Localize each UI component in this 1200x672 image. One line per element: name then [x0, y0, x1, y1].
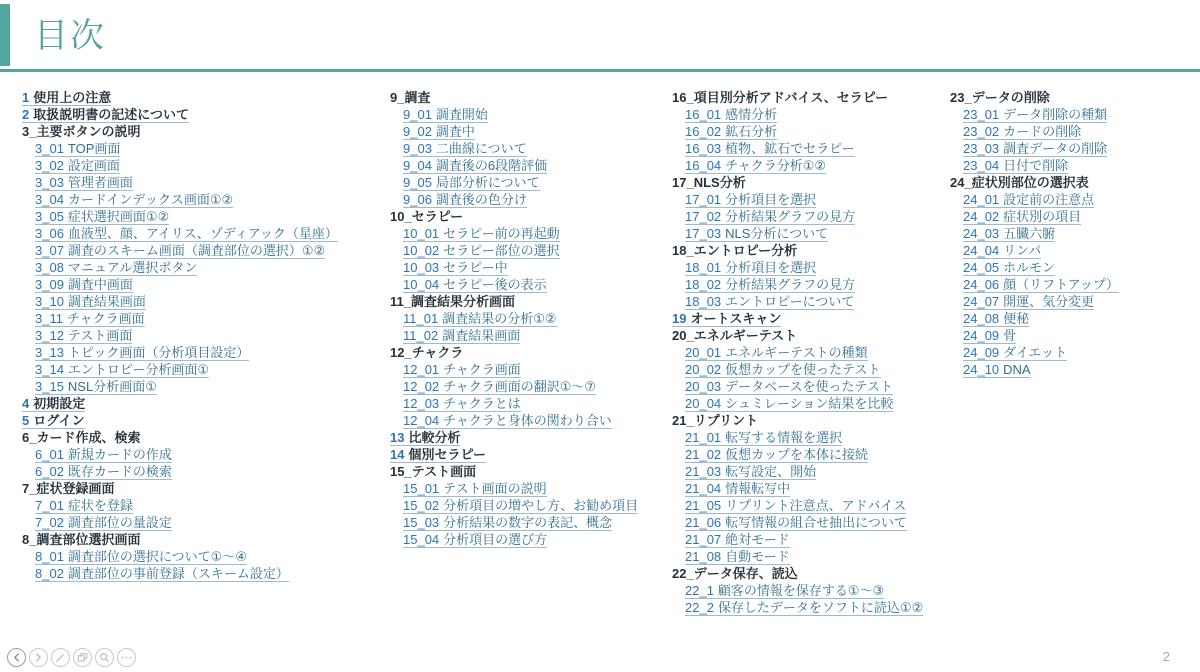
toc-item-label: 16_02鉱石分析 [685, 124, 777, 140]
toc-item-text: チャクラとは [443, 396, 521, 411]
toc-item-number: 24_06 [963, 277, 999, 292]
toc-item-label: 24_03五臓六腑 [963, 226, 1055, 242]
toc-item-label: 12_チャクラ [390, 345, 463, 360]
toc-item-number: 6_ [22, 430, 36, 445]
toc-link[interactable]: 2取扱説明書の記述について [22, 106, 382, 123]
toc-link[interactable]: 15_03分析結果の数字の表記、概念 [390, 514, 668, 531]
toc-item-label: 3_09調査中画面 [35, 277, 133, 293]
toc-link[interactable]: 11_01調査結果の分析①② [390, 310, 668, 327]
toc-item-label: 3_14エントロピー分析画面① [35, 362, 209, 378]
toc-item-text: セラピー中 [443, 260, 507, 275]
toc-item-number: 24_03 [963, 226, 999, 241]
toc-item-label: 20_03データベースを使ったテスト [685, 379, 893, 395]
toc-item-number: 5 [22, 413, 29, 428]
toc-link[interactable]: 3_05症状選択画面①② [22, 208, 382, 225]
toc-item-label: 22_2保存したデータをソフトに読込①② [685, 600, 923, 616]
toc-content: 1使用上の注意2取扱説明書の記述について3_主要ボタンの説明3_01TOP画面3… [0, 89, 1200, 629]
toc-link[interactable]: 16_02鉱石分析 [672, 123, 946, 140]
toc-item-label: 21_01転写する情報を選択 [685, 430, 842, 446]
toc-item-label: 9_03二曲線について [403, 141, 527, 157]
toc-item-label: 3_03管理者画面 [35, 175, 133, 191]
toc-item-label: 15_02分析項目の増やし方、お勧め項目 [403, 498, 638, 514]
toc-item-number: 23_04 [963, 158, 999, 173]
toc-item-label: 24_04リンパ [963, 243, 1041, 259]
toc-item-label: 23_04日付で削除 [963, 158, 1068, 174]
toc-link[interactable]: 17_02分析結果グラフの見方 [672, 208, 946, 225]
toc-item-text: チャクラ画面の翻訳①～⑦ [443, 379, 596, 394]
toc-item-label: 7_01症状を登録 [35, 498, 133, 514]
toc-item-number: 13 [390, 430, 404, 445]
toc-link[interactable]: 10_02セラピー部位の選択 [390, 242, 668, 259]
toc-item-text: チャクラと身体の関わり合い [443, 413, 612, 428]
toc-item-text: 植物、鉱石でセラピー [725, 141, 854, 156]
toc-item-number: 17_ [672, 175, 694, 190]
toc-item-text: 情報転写中 [725, 481, 790, 496]
toc-item-label: 3_07調査のスキーム画面（調査部位の選択）①② [35, 243, 325, 259]
toc-link[interactable]: 24_02症状別の項目 [950, 208, 1195, 225]
toc-item-number: 16_01 [685, 107, 721, 122]
toc-link[interactable]: 4初期設定 [22, 395, 382, 412]
toc-item-text: 調査開始 [436, 107, 488, 122]
toc-link[interactable]: 16_04チャクラ分析①② [672, 157, 946, 174]
toc-section-header: 6_カード作成、検索 [22, 429, 382, 446]
toc-link[interactable]: 6_01新規カードの作成 [22, 446, 382, 463]
toc-item-label: 18_01分析項目を選択 [685, 260, 816, 276]
toc-link[interactable]: 24_08便秘 [950, 310, 1195, 327]
toc-item-text: 設定画面 [68, 158, 120, 173]
toc-item-label: 10_セラピー [390, 209, 463, 224]
toc-item-text: チャクラ画面 [67, 311, 145, 326]
toc-item-label: 11_01調査結果の分析①② [403, 311, 557, 327]
toc-item-number: 11_01 [403, 311, 438, 326]
toc-section-header: 23_データの削除 [950, 89, 1195, 106]
toc-item-number: 18_01 [685, 260, 721, 275]
toc-link[interactable]: 24_09骨 [950, 327, 1195, 344]
toc-item-number: 15_ [390, 464, 412, 479]
toc-item-number: 17_03 [685, 226, 721, 241]
toc-item-number: 22_ [672, 566, 694, 581]
toc-item-text: エネルギーテスト [694, 328, 797, 343]
toc-link[interactable]: 5ログイン [22, 412, 382, 429]
toc-link[interactable]: 3_11チャクラ画面 [22, 310, 382, 327]
toc-link[interactable]: 9_06調査後の色分け [390, 191, 668, 208]
toc-link[interactable]: 24_07開運、気分変更 [950, 293, 1195, 310]
toc-item-number: 23_01 [963, 107, 999, 122]
toc-item-text: 開運、気分変更 [1003, 294, 1094, 309]
toc-item-label: 24_08便秘 [963, 311, 1029, 327]
toc-link[interactable]: 12_03チャクラとは [390, 395, 668, 412]
toc-section-header: 3_主要ボタンの説明 [22, 123, 382, 140]
zoom-slide-button[interactable] [95, 648, 114, 667]
toc-item-number: 6_01 [35, 447, 64, 462]
toc-item-label: 24_09骨 [963, 328, 1016, 344]
toc-item-label: 21_06転写情報の組合せ抽出について [685, 515, 907, 531]
toc-section-header: 11_調査結果分析画面 [390, 293, 668, 310]
toc-section-header: 12_チャクラ [390, 344, 668, 361]
toc-item-label: 3_01TOP画面 [35, 141, 120, 157]
toc-item-label: 6_カード作成、検索 [22, 430, 140, 445]
toc-item-label: 22_1顧客の情報を保存する①～③ [685, 583, 884, 599]
toc-link[interactable]: 23_04日付で削除 [950, 157, 1195, 174]
toc-item-text: 調査部位の量設定 [68, 515, 172, 530]
toc-item-text: カードの削除 [1003, 124, 1081, 139]
toc-link[interactable]: 10_03セラピー中 [390, 259, 668, 276]
toc-item-number: 2 [22, 107, 29, 122]
toc-section-header: 18_エントロピー分析 [672, 242, 946, 259]
toc-item-number: 19 [672, 311, 686, 326]
toc-item-number: 12_01 [403, 362, 439, 377]
toc-item-text: エントロピーについて [725, 294, 854, 309]
toc-link[interactable]: 3_01TOP画面 [22, 140, 382, 157]
toc-item-text: 調査 [404, 90, 430, 105]
toc-item-label: 16_03植物、鉱石でセラピー [685, 141, 855, 157]
toc-item-label: 16_項目別分析アドバイス、セラピー [672, 90, 888, 105]
toc-item-number: 3_13 [35, 345, 64, 360]
toc-section-header: 8_調査部位選択画面 [22, 531, 382, 548]
toc-item-text: 分析項目を選択 [725, 192, 816, 207]
toc-item-number: 8_02 [35, 566, 64, 581]
toc-link[interactable]: 3_07調査のスキーム画面（調査部位の選択）①② [22, 242, 382, 259]
toc-item-label: 24_09ダイエット [963, 345, 1067, 361]
toc-link[interactable]: 21_06転写情報の組合せ抽出について [672, 514, 946, 531]
toc-item-text: 調査データの削除 [1003, 141, 1107, 156]
chevron-left-icon [8, 649, 25, 666]
toc-link[interactable]: 3_13トピック画面（分析項目設定） [22, 344, 382, 361]
toc-link[interactable]: 24_03五臓六腑 [950, 225, 1195, 242]
slide: 目次 1使用上の注意2取扱説明書の記述について3_主要ボタンの説明3_01TOP… [0, 0, 1200, 672]
next-slide-button[interactable] [29, 648, 48, 667]
toc-link[interactable]: 3_12テスト画面 [22, 327, 382, 344]
toc-item-number: 6_02 [35, 464, 64, 479]
toc-item-label: 21_05リプリント注意点、アドバイス [685, 498, 906, 514]
toc-item-number: 24_08 [963, 311, 999, 326]
toc-item-label: 15_テスト画面 [390, 464, 476, 479]
toc-section-header: 20_エネルギーテスト [672, 327, 946, 344]
toc-item-text: NSL分析画面① [68, 379, 157, 394]
toc-item-label: 4初期設定 [22, 396, 85, 412]
toc-link[interactable]: 23_01データ削除の種類 [950, 106, 1195, 123]
toc-link[interactable]: 9_05局部分析について [390, 174, 668, 191]
toc-item-text: 便秘 [1003, 311, 1029, 326]
toc-item-label: 8_02調査部位の事前登録（スキーム設定） [35, 566, 289, 582]
toc-item-text: 新規カードの作成 [68, 447, 172, 462]
toc-item-text: オートスキャン [690, 311, 781, 326]
toc-item-number: 14 [390, 447, 404, 462]
toc-item-number: 10_ [390, 209, 412, 224]
toc-item-text: 既存カードの検索 [68, 464, 172, 479]
toc-item-text: 転写設定、開始 [725, 464, 816, 479]
toc-link[interactable]: 1使用上の注意 [22, 89, 382, 106]
toc-link[interactable]: 12_02チャクラ画面の翻訳①～⑦ [390, 378, 668, 395]
toc-item-number: 9_05 [403, 175, 432, 190]
toc-item-text: リンパ [1003, 243, 1041, 258]
toc-item-text: 分析結果グラフの見方 [725, 209, 855, 224]
toc-item-number: 9_ [390, 90, 404, 105]
toc-item-number: 22_2 [685, 600, 714, 615]
toc-column-4: 23_データの削除23_01データ削除の種類23_02カードの削除23_03調査… [950, 89, 1195, 378]
toc-link[interactable]: 3_10調査結果画面 [22, 293, 382, 310]
toc-link[interactable]: 13比較分析 [390, 429, 668, 446]
toc-link[interactable]: 24_10DNA [950, 361, 1195, 378]
toc-item-label: 24_06顔（リフトアップ） [963, 277, 1119, 293]
toc-item-text: 鉱石分析 [725, 124, 777, 139]
toc-link[interactable]: 16_03植物、鉱石でセラピー [672, 140, 946, 157]
toc-item-label: 9_調査 [390, 90, 430, 105]
toc-item-text: TOP画面 [68, 141, 121, 156]
toc-link[interactable]: 18_02分析結果グラフの見方 [672, 276, 946, 293]
toc-link[interactable]: 21_01転写する情報を選択 [672, 429, 946, 446]
previous-slide-button[interactable] [7, 648, 26, 667]
toc-item-text: 取扱説明書の記述について [33, 107, 189, 122]
toc-item-label: 6_01新規カードの作成 [35, 447, 172, 463]
toc-item-number: 3_12 [35, 328, 64, 343]
toc-item-number: 18_02 [685, 277, 721, 292]
toc-item-text: テスト画面の説明 [443, 481, 546, 496]
toc-item-label: 3_11チャクラ画面 [35, 311, 145, 327]
toc-link[interactable]: 6_02既存カードの検索 [22, 463, 382, 480]
toc-item-number: 3_03 [35, 175, 64, 190]
toc-item-number: 10_01 [403, 226, 439, 241]
toc-item-number: 17_01 [685, 192, 721, 207]
toc-item-label: 21_リプリント [672, 413, 758, 428]
toc-item-number: 9_03 [403, 141, 432, 156]
toc-item-text: セラピー後の表示 [443, 277, 546, 292]
toc-link[interactable]: 3_14エントロピー分析画面① [22, 361, 382, 378]
toc-item-label: 5ログイン [22, 413, 85, 429]
toc-link[interactable]: 11_02調査結果画面 [390, 327, 668, 344]
toc-item-label: 17_02分析結果グラフの見方 [685, 209, 855, 225]
toc-link[interactable]: 3_03管理者画面 [22, 174, 382, 191]
toc-item-number: 3_14 [35, 362, 64, 377]
toc-link[interactable]: 23_02カードの削除 [950, 123, 1195, 140]
toc-item-text: マニュアル選択ボタン [68, 260, 197, 275]
toc-item-text: 自動モード [725, 549, 789, 564]
toc-item-label: 15_03分析結果の数字の表記、概念 [403, 515, 612, 531]
toc-item-label: 23_01データ削除の種類 [963, 107, 1107, 123]
toc-link[interactable]: 15_01テスト画面の説明 [390, 480, 668, 497]
toc-link[interactable]: 24_04リンパ [950, 242, 1195, 259]
toc-link[interactable]: 22_2保存したデータをソフトに読込①② [672, 599, 946, 616]
toc-link[interactable]: 3_08マニュアル選択ボタン [22, 259, 382, 276]
toc-link[interactable]: 20_04シュミレーション結果を比較 [672, 395, 946, 412]
toc-link[interactable]: 9_03二曲線について [390, 140, 668, 157]
toc-item-text: NLS分析 [694, 175, 746, 190]
toc-link[interactable]: 16_01感情分析 [672, 106, 946, 123]
toc-item-label: 21_03転写設定、開始 [685, 464, 816, 480]
toc-item-text: 症状を登録 [68, 498, 133, 513]
toc-item-text: 局部分析について [436, 175, 540, 190]
toc-item-text: 感情分析 [725, 107, 777, 122]
toc-link[interactable]: 21_02仮想カップを本体に接続 [672, 446, 946, 463]
toc-item-label: 11_02調査結果画面 [403, 328, 520, 344]
toc-item-text: エネルギーテストの種類 [725, 345, 867, 360]
toc-item-text: 調査結果分析画面 [411, 294, 515, 309]
toc-link[interactable]: 24_09ダイエット [950, 344, 1195, 361]
toc-section-header: 24_症状別部位の選択表 [950, 174, 1195, 191]
toc-item-text: リプリント [694, 413, 758, 428]
toc-item-label: 7_02調査部位の量設定 [35, 515, 172, 531]
toc-item-label: 8_01調査部位の選択について①～④ [35, 549, 247, 565]
toc-item-number: 9_04 [403, 158, 432, 173]
toc-item-text: カードインデックス画面①② [68, 192, 233, 207]
toc-item-number: 22_1 [685, 583, 714, 598]
see-all-slides-button[interactable] [73, 648, 92, 667]
toc-item-label: 23_データの削除 [950, 90, 1050, 105]
toc-item-text: 絶対モード [725, 532, 789, 547]
toc-item-text: チャクラ [412, 345, 464, 360]
toc-item-text: 分析項目の選び方 [443, 532, 547, 547]
toc-item-number: 3_02 [35, 158, 64, 173]
toc-item-text: 調査部位の選択について①～④ [68, 549, 247, 564]
toc-item-number: 23_ [950, 90, 972, 105]
toc-link[interactable]: 10_01セラピー前の再起動 [390, 225, 668, 242]
toc-link[interactable]: 24_06顔（リフトアップ） [950, 276, 1195, 293]
toc-item-text: 顔（リフトアップ） [1003, 277, 1119, 292]
toc-link[interactable]: 10_04セラピー後の表示 [390, 276, 668, 293]
toc-link[interactable]: 22_1顧客の情報を保存する①～③ [672, 582, 946, 599]
toc-item-text: データベースを使ったテスト [725, 379, 893, 394]
toc-item-text: 個別セラピー [408, 447, 485, 462]
toc-item-number: 11_ [390, 294, 411, 309]
toc-item-number: 16_04 [685, 158, 721, 173]
toc-item-number: 3_01 [35, 141, 64, 156]
toc-item-text: 比較分析 [408, 430, 460, 445]
toc-item-label: 12_01チャクラ画面 [403, 362, 521, 378]
toc-link[interactable]: 3_04カードインデックス画面①② [22, 191, 382, 208]
toc-item-number: 24_02 [963, 209, 999, 224]
toc-item-label: 24_10DNA [963, 362, 1031, 378]
toc-item-number: 24_09 [963, 328, 999, 343]
toc-item-text: 調査部位の事前登録（スキーム設定） [68, 566, 289, 581]
toc-item-number: 7_01 [35, 498, 64, 513]
toc-item-number: 16_02 [685, 124, 721, 139]
toc-link[interactable]: 9_02調査中 [390, 123, 668, 140]
toc-link[interactable]: 8_01調査部位の選択について①～④ [22, 548, 382, 565]
toc-item-label: 20_02仮想カップを使ったテスト [685, 362, 881, 378]
toc-link[interactable]: 9_01調査開始 [390, 106, 668, 123]
toc-item-label: 3_主要ボタンの説明 [22, 124, 140, 139]
toc-item-number: 18_ [672, 243, 694, 258]
toc-link[interactable]: 21_05リプリント注意点、アドバイス [672, 497, 946, 514]
toc-item-number: 24_07 [963, 294, 999, 309]
toc-item-number: 3_ [22, 124, 36, 139]
toc-link[interactable]: 7_01症状を登録 [22, 497, 382, 514]
toc-link[interactable]: 3_06血液型、顔、アイリス、ゾディアック（星座） [22, 225, 382, 242]
toc-item-label: 20_04シュミレーション結果を比較 [685, 396, 893, 412]
toc-item-label: 2取扱説明書の記述について [22, 107, 189, 123]
toc-link[interactable]: 21_07絶対モード [672, 531, 946, 548]
toc-link[interactable]: 15_04分析項目の選び方 [390, 531, 668, 548]
toc-item-label: 9_05局部分析について [403, 175, 540, 191]
toc-item-text: 使用上の注意 [33, 90, 111, 105]
toc-link[interactable]: 3_09調査中画面 [22, 276, 382, 293]
toc-item-number: 24_04 [963, 243, 999, 258]
toc-link[interactable]: 17_01分析項目を選択 [672, 191, 946, 208]
toc-item-text: 転写する情報を選択 [725, 430, 842, 445]
toc-item-label: 16_04チャクラ分析①② [685, 158, 826, 174]
toc-item-text: 分析結果グラフの見方 [725, 277, 855, 292]
toc-item-label: 17_01分析項目を選択 [685, 192, 816, 208]
toc-link[interactable]: 8_02調査部位の事前登録（スキーム設定） [22, 565, 382, 582]
toc-item-text: 調査結果画面 [68, 294, 146, 309]
toc-item-label: 3_08マニュアル選択ボタン [35, 260, 197, 276]
toc-section-header: 9_調査 [390, 89, 668, 106]
toc-item-label: 8_調査部位選択画面 [22, 532, 140, 547]
toc-link[interactable]: 19オートスキャン [672, 310, 946, 327]
toc-link[interactable]: 20_03データベースを使ったテスト [672, 378, 946, 395]
toc-item-number: 9_01 [403, 107, 432, 122]
toc-item-number: 20_04 [685, 396, 721, 411]
toc-section-header: 15_テスト画面 [390, 463, 668, 480]
toc-item-number: 10_04 [403, 277, 439, 292]
toc-link[interactable]: 24_01設定前の注意点 [950, 191, 1195, 208]
toc-item-text: 顧客の情報を保存する①～③ [718, 583, 884, 598]
toc-item-text: 症状別部位の選択表 [972, 175, 1089, 190]
toc-item-label: 19オートスキャン [672, 311, 781, 327]
toc-link[interactable]: 17_03NLS分析について [672, 225, 946, 242]
toc-link[interactable]: 7_02調査部位の量設定 [22, 514, 382, 531]
toc-link[interactable]: 18_03エントロピーについて [672, 293, 946, 310]
toc-item-label: 24_05ホルモン [963, 260, 1055, 276]
pen-tool-button[interactable] [51, 648, 70, 667]
toc-item-label: 18_03エントロピーについて [685, 294, 854, 310]
toc-item-text: 転写情報の組合せ抽出について [725, 515, 907, 530]
toc-link[interactable]: 21_04情報転写中 [672, 480, 946, 497]
toc-item-number: 20_ [672, 328, 694, 343]
toc-link[interactable]: 3_15NSL分析画面① [22, 378, 382, 395]
toc-link[interactable]: 21_08自動モード [672, 548, 946, 565]
toc-link[interactable]: 18_01分析項目を選択 [672, 259, 946, 276]
toc-item-text: 分析結果の数字の表記、概念 [443, 515, 612, 530]
toc-item-label: 16_01感情分析 [685, 107, 777, 123]
toc-link[interactable]: 15_02分析項目の増やし方、お勧め項目 [390, 497, 668, 514]
toc-item-number: 21_01 [685, 430, 721, 445]
toc-section-header: 21_リプリント [672, 412, 946, 429]
more-options-button[interactable] [117, 648, 136, 667]
toc-section-header: 7_症状登録画面 [22, 480, 382, 497]
toc-link[interactable]: 14個別セラピー [390, 446, 668, 463]
toc-item-number: 15_04 [403, 532, 439, 547]
toc-section-header: 17_NLS分析 [672, 174, 946, 191]
toc-item-label: 10_01セラピー前の再起動 [403, 226, 560, 242]
toc-item-number: 20_03 [685, 379, 721, 394]
pen-icon [52, 649, 69, 666]
toc-item-text: チャクラ画面 [443, 362, 521, 377]
toc-item-text: 調査中 [436, 124, 475, 139]
toc-item-number: 8_01 [35, 549, 64, 564]
toc-link[interactable]: 20_02仮想カップを使ったテスト [672, 361, 946, 378]
toc-link[interactable]: 3_02設定画面 [22, 157, 382, 174]
toc-item-number: 24_09 [963, 345, 999, 360]
toc-link[interactable]: 9_04調査後の6段階評価 [390, 157, 668, 174]
toc-item-text: トピック画面（分析項目設定） [68, 345, 249, 360]
toc-item-label: 10_04セラピー後の表示 [403, 277, 547, 293]
toc-link[interactable]: 20_01エネルギーテストの種類 [672, 344, 946, 361]
toc-link[interactable]: 12_01チャクラ画面 [390, 361, 668, 378]
toc-item-text: 調査結果の分析①② [442, 311, 556, 326]
toc-item-label: 12_04チャクラと身体の関わり合い [403, 413, 612, 429]
toc-item-text: 管理者画面 [68, 175, 133, 190]
toc-item-text: ホルモン [1003, 260, 1055, 275]
toc-item-text: 症状登録画面 [36, 481, 114, 496]
toc-item-label: 3_02設定画面 [35, 158, 120, 174]
toc-link[interactable]: 24_05ホルモン [950, 259, 1195, 276]
toc-link[interactable]: 21_03転写設定、開始 [672, 463, 946, 480]
toc-item-label: 14個別セラピー [390, 447, 486, 463]
toc-link[interactable]: 12_04チャクラと身体の関わり合い [390, 412, 668, 429]
toc-item-text: テスト画面 [68, 328, 132, 343]
toc-link[interactable]: 23_03調査データの削除 [950, 140, 1195, 157]
